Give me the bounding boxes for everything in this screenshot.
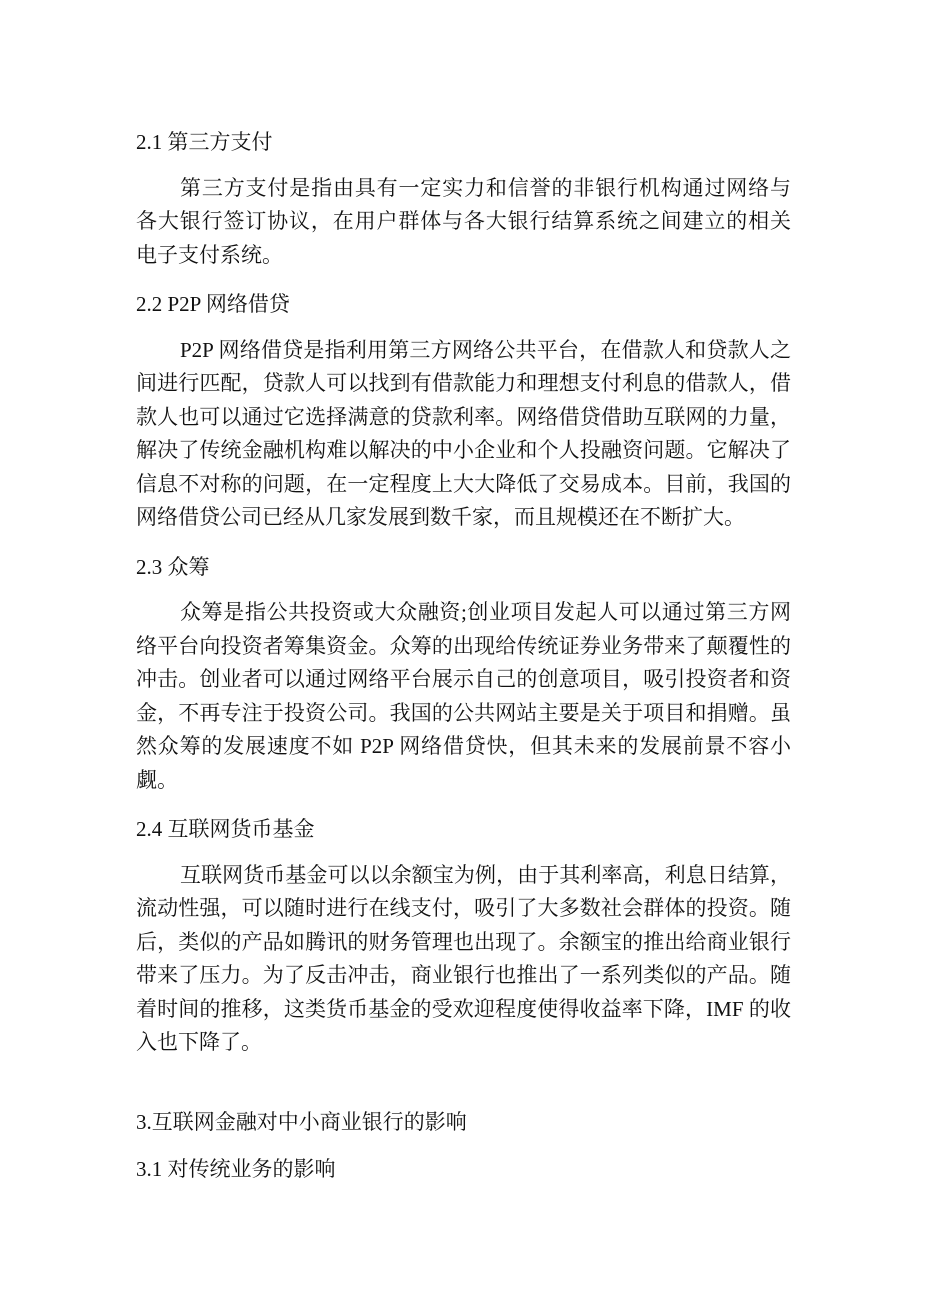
heading-2-4: 2.4 互联网货币基金: [136, 813, 791, 847]
paragraph-line: 互联网货币基金可以以余额宝为例，由于其利率高，利息日结算，: [136, 859, 791, 893]
paragraph-line: 着时间的推移，这类货币基金的受欢迎程度使得收益率下降，IMF 的收: [136, 993, 791, 1027]
paragraph-line: 间进行匹配，贷款人可以找到有借款能力和理想支付利息的借款人，借: [136, 367, 791, 401]
paragraph-line: 冲击。创业者可以通过网络平台展示自己的创意项目，吸引投资者和资: [136, 663, 791, 697]
document-page: 2.1 第三方支付 第三方支付是指由具有一定实力和信誉的非银行机构通过网络与 各…: [0, 0, 926, 1309]
heading-2-3: 2.3 众筹: [136, 551, 791, 585]
paragraph-p2p-lending: P2P 网络借贷是指利用第三方网络公共平台，在借款人和贷款人之 间进行匹配，贷款…: [136, 334, 791, 535]
paragraph-line: 络平台向投资者筹集资金。众筹的出现给传统证券业务带来了颠覆性的: [136, 630, 791, 664]
heading-3-1: 3.1 对传统业务的影响: [136, 1153, 791, 1187]
paragraph-line: 款人也可以通过它选择满意的贷款利率。网络借贷借助互联网的力量，: [136, 401, 791, 435]
paragraph-internet-money-fund: 互联网货币基金可以以余额宝为例，由于其利率高，利息日结算， 流动性强，可以随时进…: [136, 859, 791, 1060]
paragraph-line: 流动性强，可以随时进行在线支付，吸引了大多数社会群体的投资。随: [136, 892, 791, 926]
paragraph-line: 第三方支付是指由具有一定实力和信誉的非银行机构通过网络与: [136, 172, 791, 206]
paragraph-line: 入也下降了。: [136, 1026, 791, 1060]
heading-2-1: 2.1 第三方支付: [136, 126, 791, 160]
heading-3: 3.互联网金融对中小商业银行的影响: [136, 1106, 791, 1140]
paragraph-line: 电子支付系统。: [136, 239, 791, 273]
paragraph-line: 带来了压力。为了反击冲击，商业银行也推出了一系列类似的产品。随: [136, 959, 791, 993]
paragraph-line: 然众筹的发展速度不如 P2P 网络借贷快，但其未来的发展前景不容小: [136, 730, 791, 764]
paragraph-line: 金，不再专注于投资公司。我国的公共网站主要是关于项目和捐赠。虽: [136, 697, 791, 731]
paragraph-line: 众筹是指公共投资或大众融资;创业项目发起人可以通过第三方网: [136, 596, 791, 630]
document-content: 2.1 第三方支付 第三方支付是指由具有一定实力和信誉的非银行机构通过网络与 各…: [136, 126, 791, 1187]
paragraph-line: 后，类似的产品如腾讯的财务管理也出现了。余额宝的推出给商业银行: [136, 926, 791, 960]
paragraph-line: 解决了传统金融机构难以解决的中小企业和个人投融资问题。它解决了: [136, 434, 791, 468]
paragraph-line: 网络借贷公司已经从几家发展到数千家，而且规模还在不断扩大。: [136, 501, 791, 535]
paragraph-third-party-payment: 第三方支付是指由具有一定实力和信誉的非银行机构通过网络与 各大银行签订协议，在用…: [136, 172, 791, 273]
paragraph-crowdfunding: 众筹是指公共投资或大众融资;创业项目发起人可以通过第三方网 络平台向投资者筹集资…: [136, 596, 791, 797]
paragraph-line: P2P 网络借贷是指利用第三方网络公共平台，在借款人和贷款人之: [136, 334, 791, 368]
paragraph-line: 信息不对称的问题，在一定程度上大大降低了交易成本。目前，我国的: [136, 468, 791, 502]
heading-2-2: 2.2 P2P 网络借贷: [136, 288, 791, 322]
paragraph-line: 觑。: [136, 764, 791, 798]
paragraph-line: 各大银行签订协议，在用户群体与各大银行结算系统之间建立的相关: [136, 205, 791, 239]
